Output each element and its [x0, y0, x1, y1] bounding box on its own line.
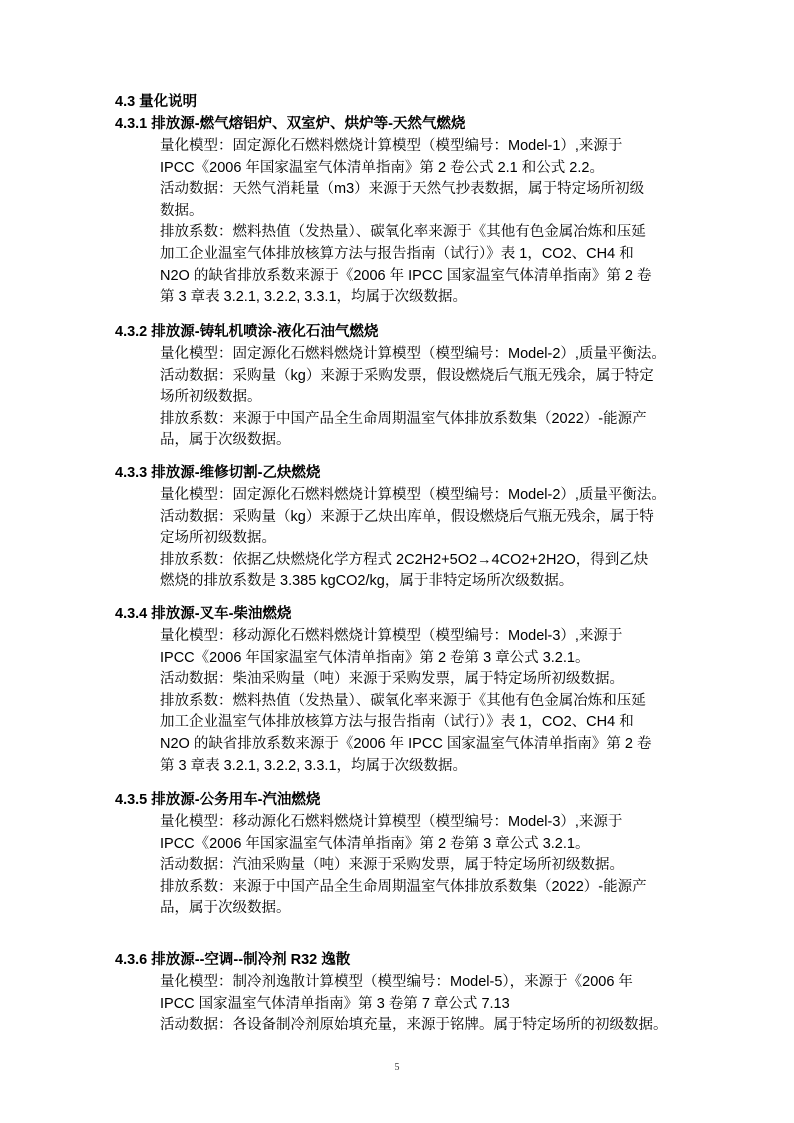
body-line: 数据。 — [160, 201, 204, 223]
body-line: 量化模型：固定源化石燃料燃烧计算模型（模型编号：Model-2）,质量平衡法。 — [160, 344, 666, 366]
body-line: 量化模型：固定源化石燃料燃烧计算模型（模型编号：Model-2）,质量平衡法。 — [160, 485, 666, 507]
subsection-title-4-3-3: 4.3.3 排放源-维修切割-乙炔燃烧 — [115, 463, 320, 483]
body-line: IPCC《2006 年国家温室气体清单指南》第 2 卷第 3 章公式 3.2.1… — [160, 834, 589, 856]
body-line: 量化模型：移动源化石燃料燃烧计算模型（模型编号：Model-3）,来源于 — [160, 626, 622, 648]
body-line: 活动数据：柴油采购量（吨）来源于采购发票，属于特定场所初级数据。 — [160, 669, 624, 691]
body-line: 活动数据：天然气消耗量（m3）来源于天然气抄表数据，属于特定场所初级 — [160, 179, 644, 201]
subsection-title-4-3-5: 4.3.5 排放源-公务用车-汽油燃烧 — [115, 790, 320, 810]
subsection-title-4-3-4: 4.3.4 排放源-叉车-柴油燃烧 — [115, 604, 291, 624]
body-line: 品，属于次级数据。 — [160, 430, 291, 452]
body-line: IPCC《2006 年国家温室气体清单指南》第 2 卷第 3 章公式 3.2.1… — [160, 648, 589, 670]
body-line: 排放系数：燃料热值（发热量）、碳氧化率来源于《其他有色金属冶炼和压延 — [160, 222, 646, 244]
body-line: 第 3 章表 3.2.1, 3.2.2, 3.3.1，均属于次级数据。 — [160, 756, 467, 778]
document-page: 4.3 量化说明 4.3.1 排放源-燃气熔铝炉、双室炉、烘炉等-天然气燃烧 量… — [0, 0, 794, 1123]
body-line: IPCC《2006 年国家温室气体清单指南》第 2 卷公式 2.1 和公式 2.… — [160, 158, 604, 180]
subsection-title-4-3-6: 4.3.6 排放源--空调--制冷剂 R32 逸散 — [115, 950, 350, 970]
body-line: 量化模型：固定源化石燃料燃烧计算模型（模型编号：Model-1）,来源于 — [160, 136, 622, 158]
body-line: 加工企业温室气体排放核算方法与报告指南（试行）》表 1，CO2、CH4 和 — [160, 244, 634, 266]
body-line: N2O 的缺省排放系数来源于《2006 年 IPCC 国家温室气体清单指南》第 … — [160, 734, 651, 756]
body-line: 燃烧的排放系数是 3.385 kgCO2/kg，属于非特定场所次级数据。 — [160, 571, 573, 593]
body-line: 活动数据：各设备制冷剂原始填充量，来源于铭牌。属于特定场所的初级数据。 — [160, 1015, 668, 1037]
body-line: 量化模型：制冷剂逸散计算模型（模型编号：Model-5），来源于《2006 年 — [160, 972, 633, 994]
body-line: N2O 的缺省排放系数来源于《2006 年 IPCC 国家温室气体清单指南》第 … — [160, 266, 651, 288]
body-line: 排放系数：燃料热值（发热量）、碳氧化率来源于《其他有色金属冶炼和压延 — [160, 691, 646, 713]
body-line: 活动数据：汽油采购量（吨）来源于采购发票，属于特定场所初级数据。 — [160, 855, 624, 877]
subsection-title-4-3-2: 4.3.2 排放源-铸轧机喷涂-液化石油气燃烧 — [115, 322, 378, 342]
subsection-title-4-3-1: 4.3.1 排放源-燃气熔铝炉、双室炉、烘炉等-天然气燃烧 — [115, 114, 465, 134]
body-line: 定场所初级数据。 — [160, 528, 276, 550]
body-line: 排放系数：来源于中国产品全生命周期温室气体排放系数集（2022）-能源产 — [160, 409, 647, 431]
body-line: 排放系数：来源于中国产品全生命周期温室气体排放系数集（2022）-能源产 — [160, 877, 647, 899]
section-heading: 4.3 量化说明 — [115, 92, 197, 112]
body-line: IPCC 国家温室气体清单指南》第 3 卷第 7 章公式 7.13 — [160, 994, 510, 1016]
body-line: 品，属于次级数据。 — [160, 898, 291, 920]
body-line: 活动数据：采购量（kg）来源于采购发票，假设燃烧后气瓶无残余，属于特定 — [160, 366, 654, 388]
page-number: 5 — [0, 1062, 794, 1073]
body-line: 排放系数：依据乙炔燃烧化学方程式 2C2H2+5O2→4CO2+2H2O，得到乙… — [160, 550, 648, 572]
body-line: 加工企业温室气体排放核算方法与报告指南（试行）》表 1，CO2、CH4 和 — [160, 712, 634, 734]
body-line: 量化模型：移动源化石燃料燃烧计算模型（模型编号：Model-3）,来源于 — [160, 812, 622, 834]
body-line: 第 3 章表 3.2.1, 3.2.2, 3.3.1，均属于次级数据。 — [160, 287, 467, 309]
body-line: 场所初级数据。 — [160, 387, 262, 409]
body-line: 活动数据：采购量（kg）来源于乙炔出库单，假设燃烧后气瓶无残余，属于特 — [160, 507, 654, 529]
